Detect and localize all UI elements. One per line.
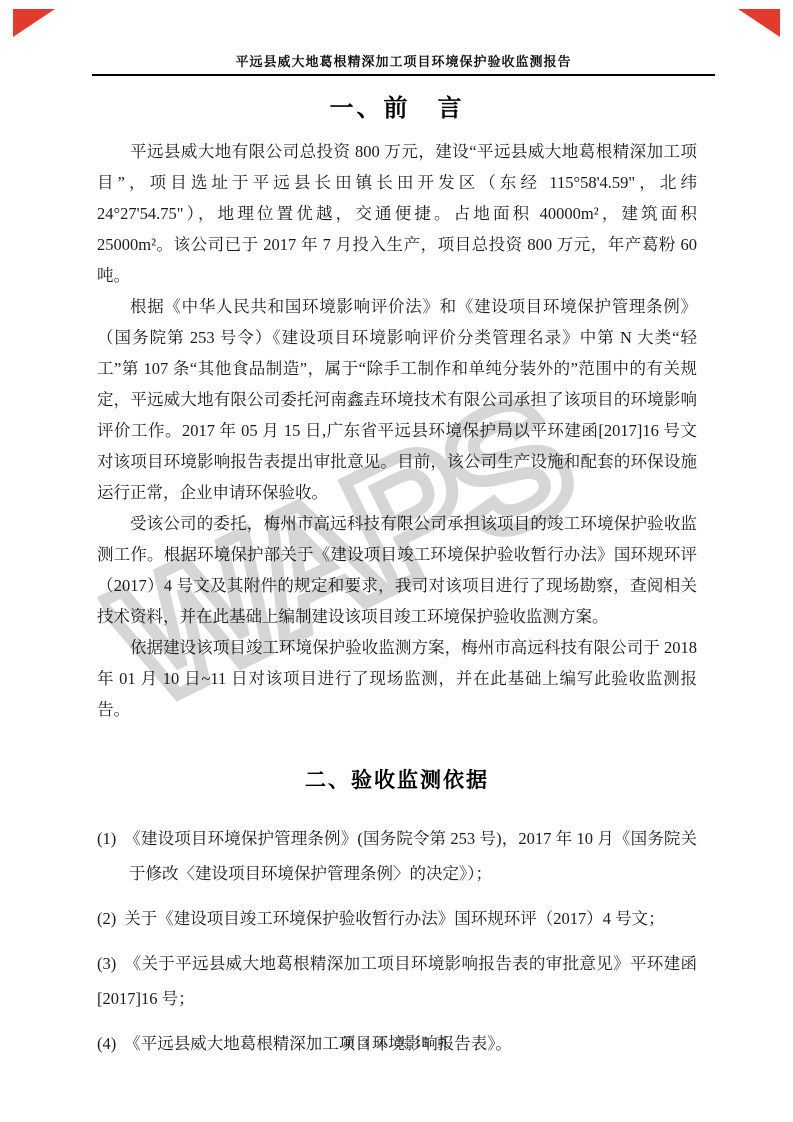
list-item-text: 《关于平远县威大地葛根精深加工项目环境影响报告表的审批意见》平环建函[2017]… <box>97 954 697 1008</box>
document-page: WAPS 平远县威大地葛根精深加工项目环境保护验收监测报告 一、前 言 平远县威… <box>0 0 793 1122</box>
list-item: (3)《关于平远县威大地葛根精深加工项目环境影响报告表的审批意见》平环建函[20… <box>97 946 697 1016</box>
list-item-text: 《建设项目环境保护管理条例》(国务院令第 253 号)，2017 年 10 月《… <box>124 829 697 883</box>
paragraph-commission: 受该公司的委托，梅州市高远科技有限公司承担该项目的竣工环境保护验收监测工作。根据… <box>97 508 697 632</box>
list-item: (2)关于《建设项目竣工环境保护验收暂行办法》国环规环评（2017）4 号文； <box>97 901 697 936</box>
list-item-number: (1) <box>97 829 116 848</box>
list-item-text: 关于《建设项目竣工环境保护验收暂行办法》国环规环评（2017）4 号文； <box>124 909 664 928</box>
section2-heading: 二、验收监测依据 <box>97 765 697 795</box>
running-header-title: 平远县威大地葛根精深加工项目环境保护验收监测报告 <box>92 55 715 76</box>
list-item: (1)《建设项目环境保护管理条例》(国务院令第 253 号)，2017 年 10… <box>97 821 697 891</box>
paragraph-monitoring-dates: 依据建设该项目竣工环境保护验收监测方案，梅州市高远科技有限公司于 2018 年 … <box>97 632 697 725</box>
page-number: 第 3 页 共 15 页 <box>0 1033 793 1051</box>
corner-mark-left-icon <box>13 9 55 37</box>
paragraph-eia-basis: 根据《中华人民共和国环境影响评价法》和《建设项目环境保护管理条例》（国务院第 2… <box>97 291 697 508</box>
list-item-number: (2) <box>97 909 116 928</box>
section1-heading: 一、前 言 <box>97 94 697 124</box>
dependency-list: (1)《建设项目环境保护管理条例》(国务院令第 253 号)，2017 年 10… <box>97 821 697 1061</box>
paragraph-project-overview: 平远县威大地有限公司总投资 800 万元，建设“平远县威大地葛根精深加工项目”，… <box>97 136 697 291</box>
corner-mark-right-icon <box>738 9 780 37</box>
list-item-number: (3) <box>97 954 116 973</box>
